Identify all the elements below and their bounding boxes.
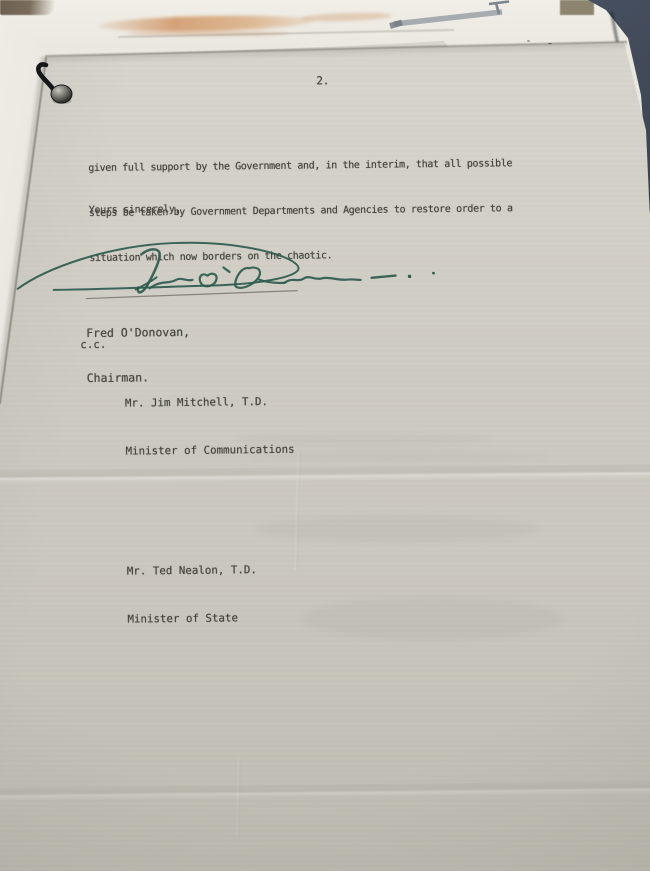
cc-label: c.c. [80, 338, 128, 700]
closing-salutation: Yours sincerely, [89, 204, 181, 216]
letter-content: 2. given full support by the Government … [0, 0, 650, 871]
cc-entry: Mr. Jim Mitchell, T.D. Minister of Commu… [125, 362, 295, 492]
signature-fred-odonovan [3, 233, 444, 308]
page-number: 2. [316, 74, 329, 87]
photo-of-letter: 2. given full support by the Government … [0, 0, 650, 871]
signature-trailing-dash [372, 276, 396, 278]
cc-name: Mr. Jim Mitchell, T.D. [125, 394, 294, 412]
cc-entries: Mr. Jim Mitchell, T.D. Minister of Commu… [124, 336, 297, 700]
cc-block: c.c. Mr. Jim Mitchell, T.D. Minister of … [80, 336, 297, 700]
cc-title: Minister of Communications [125, 442, 294, 460]
cc-name: Mr. Ted Nealon, T.D. [127, 562, 296, 580]
body-line: given full support by the Government and… [88, 156, 512, 176]
cc-title: Minister of State [127, 610, 296, 628]
cc-entry: Mr. Ted Nealon, T.D. Minister of State [126, 530, 296, 660]
